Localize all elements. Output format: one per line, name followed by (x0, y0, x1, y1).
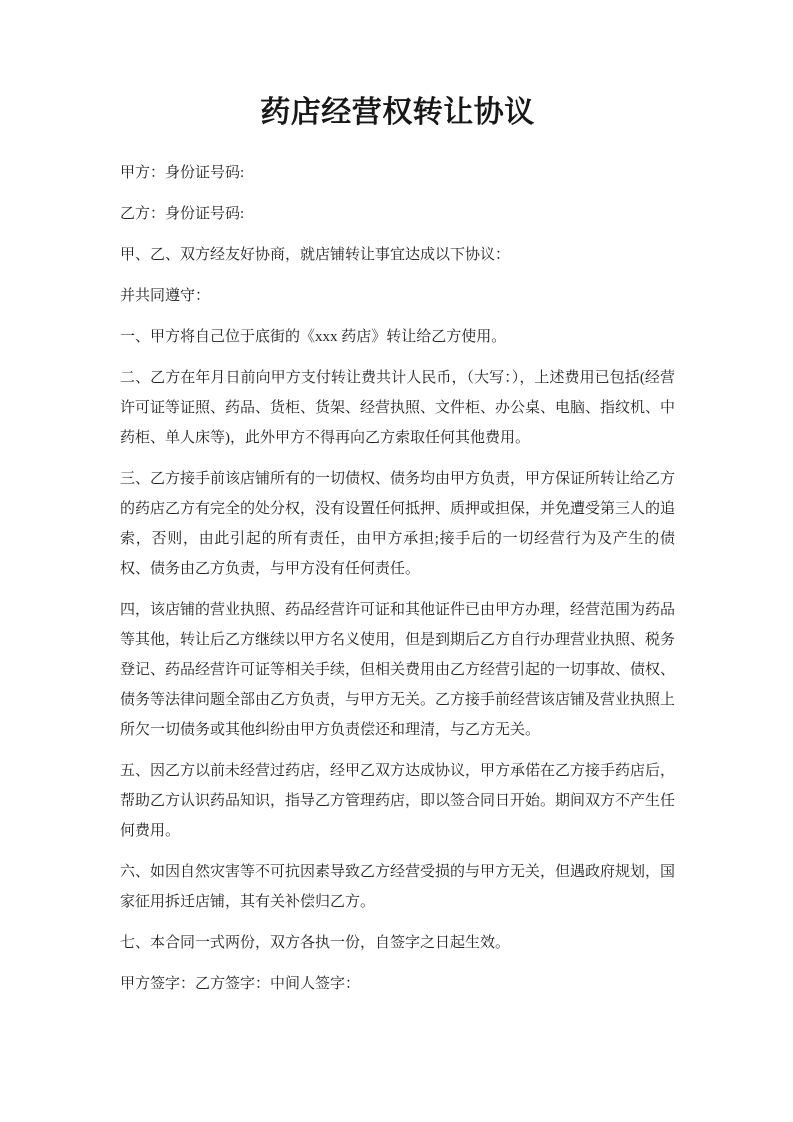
clause-6: 六、如因自然灾害等不可抗因素导致乙方经营受损的与甲方无关，但遇政府规划，国家征用… (120, 857, 675, 917)
party-a-line: 甲方：身份证号码: (120, 158, 675, 188)
clause-3: 三、乙方接手前该店铺所有的一切债权、债务均由甲方负责，甲方保证所转让给乙方的药店… (120, 464, 675, 584)
clause-5: 五、因乙方以前未经营过药店，经甲乙双方达成协议，甲方承偌在乙方接手药店后，帮助乙… (120, 756, 675, 846)
signature-line: 甲方签字：乙方签字：中间人签字： (120, 969, 675, 999)
document-content: 药店经营权转让协议 甲方：身份证号码: 乙方：身份证号码: 甲、乙、双方经友好协… (120, 92, 675, 1010)
document-page: 药店经营权转让协议 甲方：身份证号码: 乙方：身份证号码: 甲、乙、双方经友好协… (0, 0, 793, 1122)
party-b-line: 乙方：身份证号码: (120, 199, 675, 229)
preamble-follow-line: 并共同遵守： (120, 281, 675, 311)
clause-2: 二、乙方在年月日前向甲方支付转让费共计人民币，（大写：），上述费用已包括(经营许… (120, 363, 675, 453)
preamble-line: 甲、乙、双方经友好协商，就店铺转让事宜达成以下协议： (120, 240, 675, 270)
document-title: 药店经营权转让协议 (120, 92, 675, 134)
clause-4: 四，该店铺的营业执照、药品经营许可证和其他证件已由甲方办理，经营范围为药品等其他… (120, 595, 675, 745)
clause-7: 七、本合同一式两份，双方各执一份，自签字之日起生效。 (120, 928, 675, 958)
clause-1: 一、甲方将自己位于底街的《xxx 药店》转让给乙方使用。 (120, 322, 675, 352)
